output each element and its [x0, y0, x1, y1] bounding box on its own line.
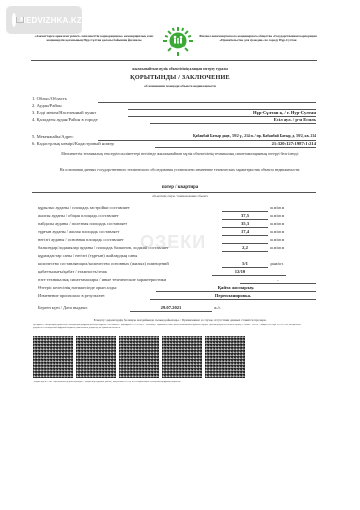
field-city-district-value: Есіл аул. / р-н Есиль	[150, 117, 316, 122]
header-org-kz: «Азаматтарға арналған үкімет» мемлекетті…	[34, 34, 154, 42]
field-city-district-line	[150, 123, 316, 124]
legal-fine-print: Бұл құжат «Электрондық құжат және электр…	[33, 324, 303, 332]
basis-text-kz: Мемлекеттік техникалық тексеруін мәлімет…	[40, 152, 320, 157]
measure-balcony-area-value: 2,2	[222, 245, 268, 250]
measure-useful-area-value: 35,3	[222, 221, 268, 226]
document-page: NEDVIZHKA.KZ «Азаматтарға арналған үкіме…	[0, 0, 360, 510]
field-address-label: 5. Мекенжайы/Адрес	[32, 134, 73, 139]
qr-code-icon	[76, 336, 116, 378]
result-ru-label: Изменение произошло в результате:	[38, 293, 105, 298]
measure-main-area-label: негізгі ауданы / основная площадь состав…	[38, 237, 124, 242]
field-address-value: Қабанбай Батыр даңғ., 59/2 ү., 214 п. / …	[108, 134, 316, 138]
measure-rooms-value: 5/1	[222, 261, 268, 266]
result-ru-value: Перепланировка.	[150, 293, 316, 298]
object-type: пәтер / квартира	[0, 185, 360, 190]
qr-code-icon	[119, 336, 159, 378]
measure-floors-line	[212, 275, 286, 276]
field-city-district-label: 4. Қаладағы аудан/Район в городе	[32, 117, 98, 122]
home-icon	[12, 13, 16, 27]
watermark-label: NEDVIZHKA.KZ	[20, 16, 82, 25]
field-locality-label: 3. Елді мекен/Населенный пункт	[32, 110, 96, 115]
result-kz-value: Қайта жоспарлау.	[156, 285, 316, 290]
measure-balcony-area-line	[222, 251, 268, 252]
measure-total-area-line	[222, 219, 268, 220]
measure-balcony-area-unit: ш.м/кв.м	[270, 246, 284, 250]
measure-other-value: .	[240, 277, 316, 282]
field-district-label: 2. Аудан/Район	[32, 103, 62, 108]
measure-rooms-kz-label: құрамдастар саны / негізгі (тұрғын) жайл…	[38, 253, 137, 258]
gov-corp-logo-icon	[162, 26, 194, 58]
qr-fine-print: *штрих-код ЖТ АЖ ЭЦҚ қойылған деректі қа…	[33, 381, 313, 391]
measure-useful-area-line	[222, 227, 268, 228]
title-pre: жылжымайтын мүлік объектісінің алаңын өз…	[0, 67, 360, 71]
result-kz-line	[156, 291, 316, 292]
measure-living-area-label: тұрғын ауданы / жилая площадь составляет	[38, 229, 119, 234]
result-kz-label: Өзгеріс келесінің нәтижесінде орын алды:	[38, 285, 117, 290]
watermark-badge: NEDVIZHKA.KZ	[6, 6, 82, 34]
header-divider	[31, 60, 317, 61]
issue-date-line	[130, 311, 212, 312]
header-org-ru: Филиал некоммерческого акционерного обще…	[198, 34, 318, 42]
field-region-line	[98, 102, 316, 103]
qr-code-row	[33, 336, 245, 378]
qr-code-icon	[205, 336, 245, 378]
note-text: Ескерту: деректердің болмауы жағдайында …	[0, 318, 360, 322]
issue-date-value: 29.07.2021	[130, 305, 212, 310]
field-region-label: 1. Облыс/Область	[32, 96, 67, 101]
measure-useful-area-unit: ш.м/кв.м	[270, 222, 284, 226]
measure-other-label: өзге техникалық сипаттамалары / иные тех…	[38, 277, 166, 282]
measure-main-area-unit: ш.м/кв.м	[270, 238, 284, 242]
measure-floors-label: қабаттылығы/қабат / этажность/этаж	[38, 269, 107, 274]
field-cadastral-line	[155, 147, 316, 148]
center-watermark: ОЗЕКИ	[140, 232, 206, 253]
qr-code-icon	[162, 336, 202, 378]
measure-building-area-label: құрылыс ауданы / площадь застройки соста…	[38, 205, 130, 210]
measure-rooms-unit: дана/шт.	[270, 262, 284, 266]
field-locality-value: Нұр-Сұлтан қ. / г. Нур-Султан	[150, 110, 316, 115]
measure-main-area-line	[222, 243, 268, 244]
measure-floors-value: 12/10	[212, 269, 268, 274]
issue-date-suffix: ж./г.	[214, 306, 221, 310]
measure-total-area-label: жалпы ауданы / общая площадь составляет	[38, 213, 119, 218]
measure-useful-area-label: пайдалы ауданы / полезная площадь состав…	[38, 221, 127, 226]
title-sub: об изменении площади объекта недвижимост…	[0, 84, 360, 88]
field-cadastral-value: 21:320:127:1987:1:214	[160, 141, 316, 146]
field-cadastral-label: 6. Кадастрлық нөмірі/Кадастровый номер	[32, 141, 114, 146]
measure-building-area-unit: ш.м/кв.м	[270, 206, 284, 210]
measure-rooms-label: количество составляющих/количество основ…	[38, 261, 169, 266]
document-title: ҚОРЫТЫНДЫ / ЗАКЛЮЧЕНИЕ	[0, 74, 360, 81]
measure-building-area-line	[222, 211, 268, 212]
object-type-caption: объектінің атауы / наименование объекта	[0, 194, 360, 198]
issue-date-label: Берген күні / Дата выдачи:	[38, 305, 88, 310]
measure-living-area-unit: ш.м/кв.м	[270, 230, 284, 234]
measure-living-area-value: 17,4	[222, 229, 268, 234]
qr-code-icon	[33, 336, 73, 378]
measure-other-line	[240, 283, 316, 284]
object-type-line	[32, 192, 316, 193]
basis-text-ru: На основании данных государственного тех…	[40, 168, 320, 173]
measure-living-area-line	[222, 235, 268, 236]
measure-total-area-unit: ш.м/кв.м	[270, 214, 284, 218]
measure-total-area-value: 37,5	[222, 213, 268, 218]
result-ru-line	[150, 299, 316, 300]
measure-rooms-line	[222, 267, 268, 268]
